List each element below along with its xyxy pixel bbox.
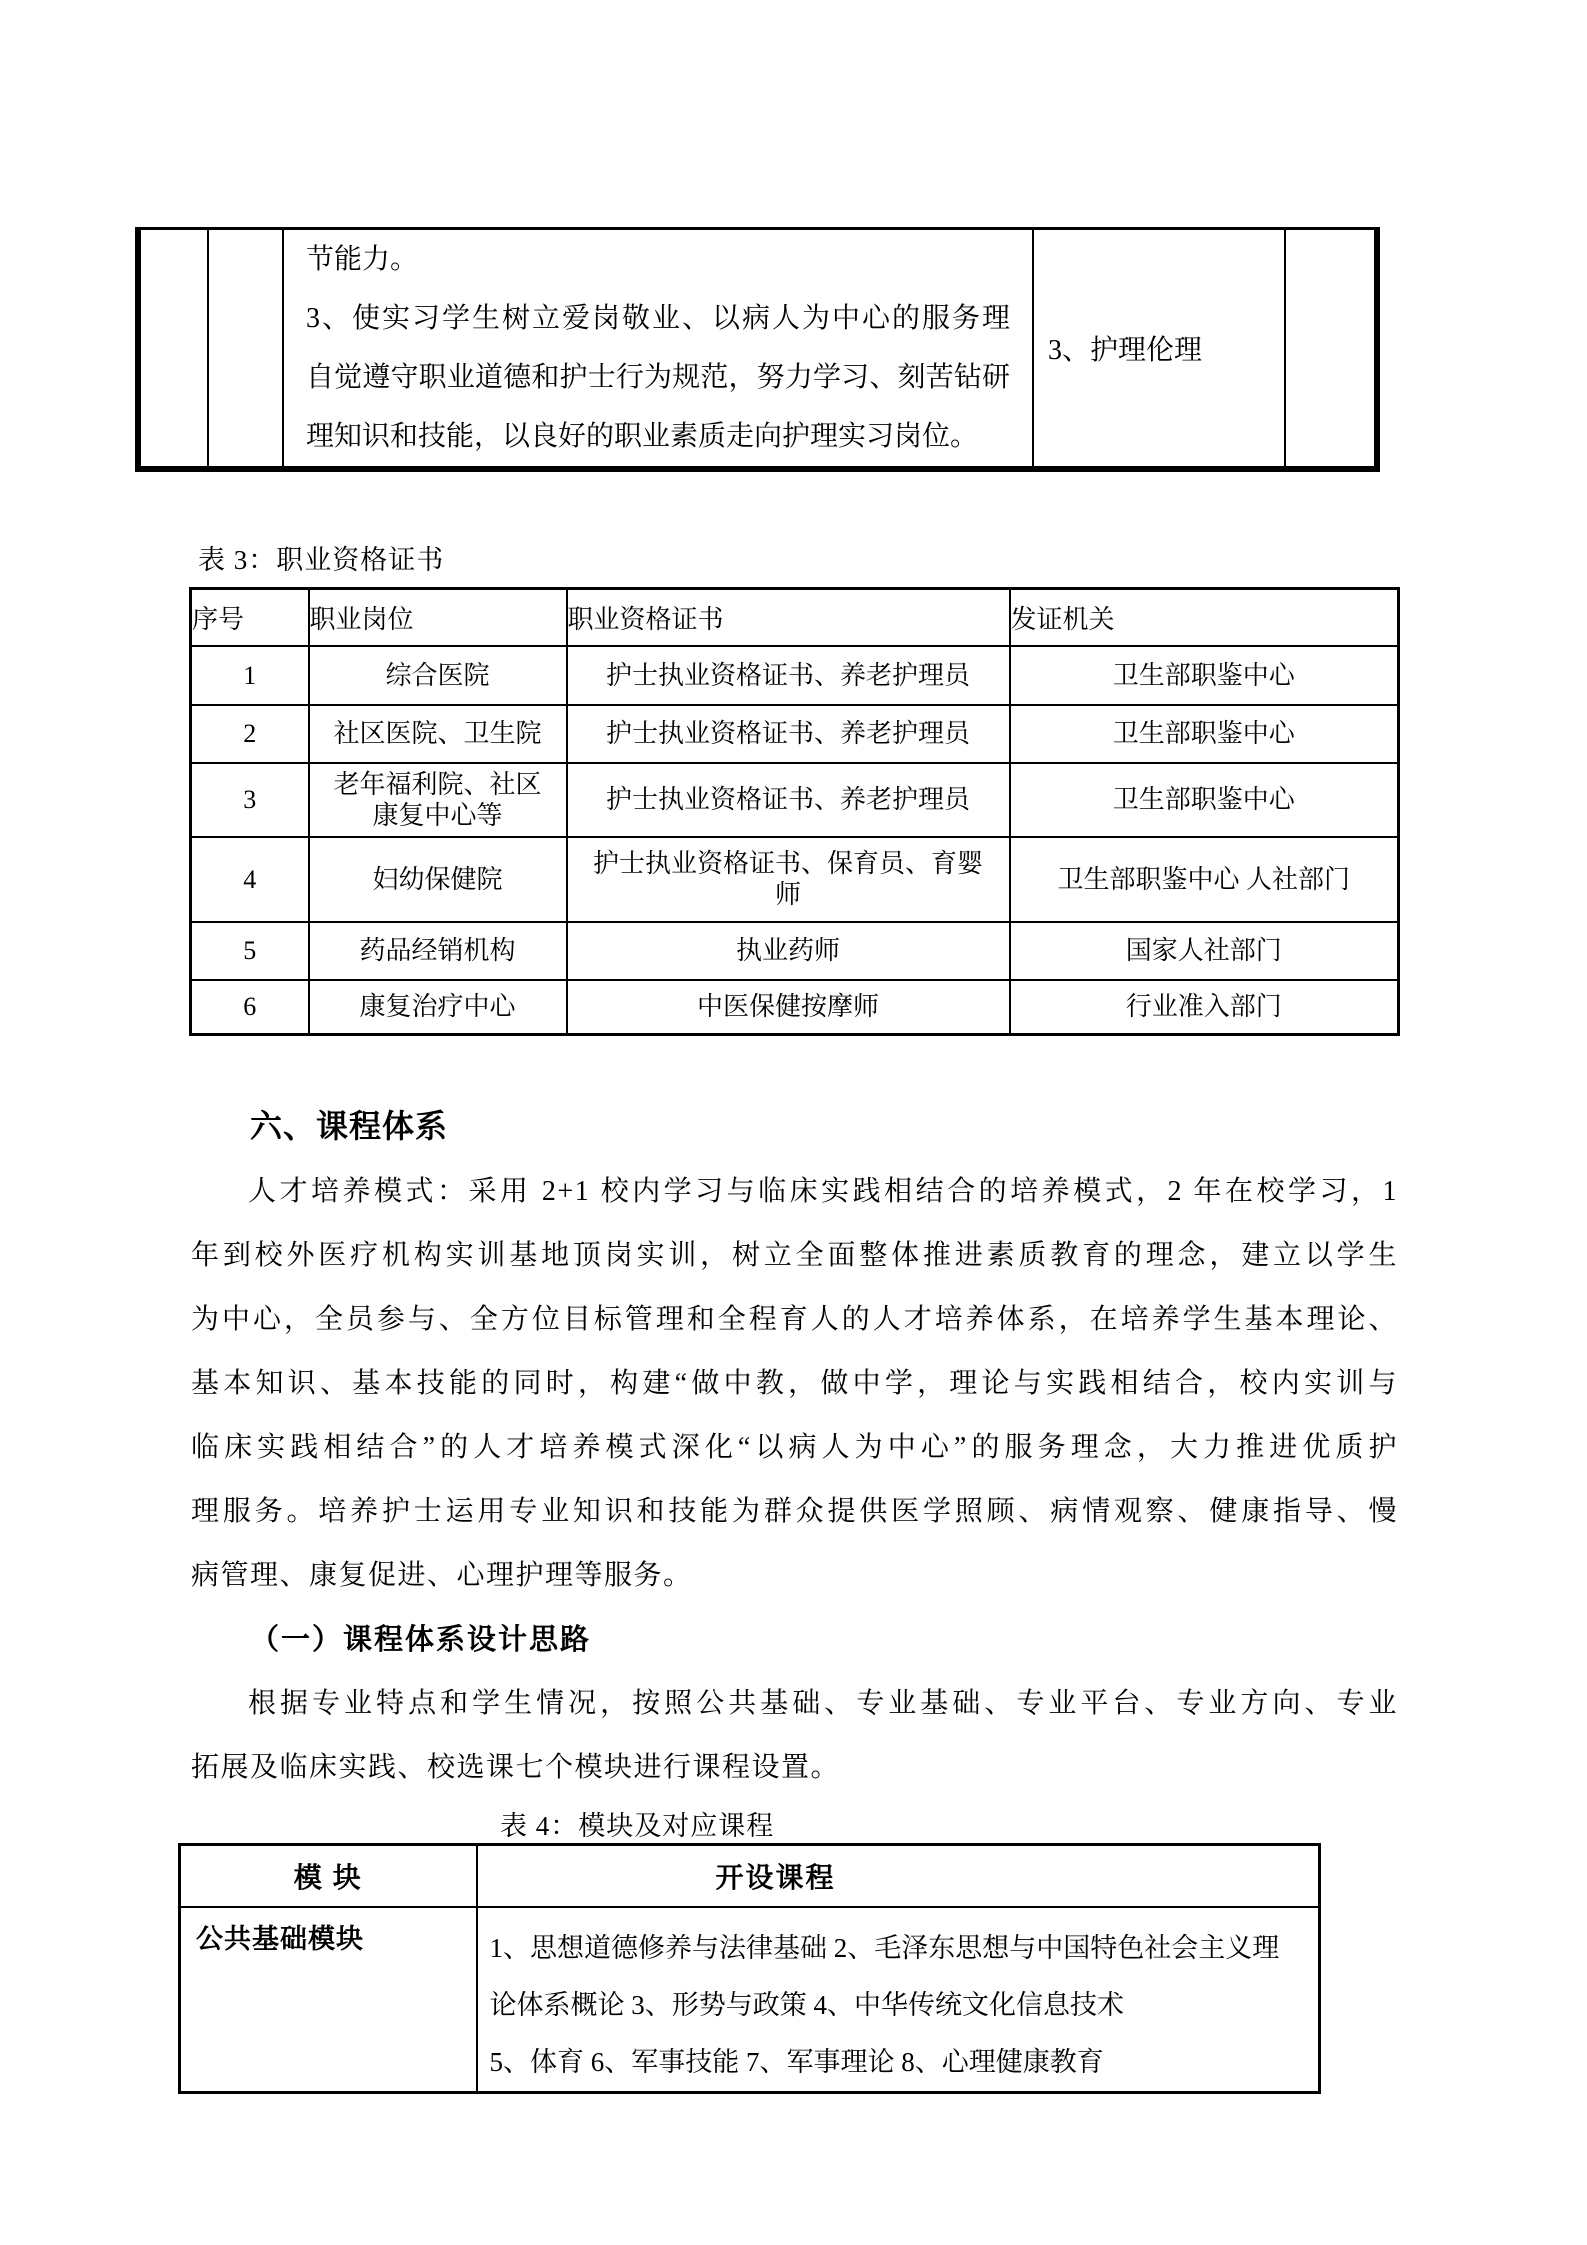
continuation-empty-col-2 bbox=[209, 230, 284, 466]
paragraph-line: 根据专业特点和学生情况，按照公共基础、专业基础、专业平台、专业方向、专业 bbox=[191, 1672, 1398, 1736]
continuation-text-line: 节能力。 bbox=[306, 230, 1010, 289]
table4-header-row: 模 块 开设课程 bbox=[180, 1845, 1320, 1907]
table3-header-post: 职业岗位 bbox=[309, 589, 567, 646]
continuation-empty-col-3 bbox=[1286, 230, 1374, 466]
cert-cell: 护士执业资格证书、养老护理员 bbox=[567, 763, 1010, 837]
continuation-body-cell: 节能力。 3、使实习学生树立爱岗敬业、以病人为中心的服务理念， 自觉遵守职业道德… bbox=[284, 230, 1034, 466]
document-page: 节能力。 3、使实习学生树立爱岗敬业、以病人为中心的服务理念， 自觉遵守职业道德… bbox=[0, 0, 1587, 2245]
continuation-text-line: 理知识和技能，以良好的职业素质走向护理实习岗位。 bbox=[306, 407, 1010, 466]
table3-header-issuer: 发证机关 bbox=[1010, 589, 1399, 646]
table3-row: 1 综合医院 护士执业资格证书、养老护理员 卫生部职鉴中心 bbox=[191, 646, 1399, 705]
issuer-cell: 卫生部职鉴中心 bbox=[1010, 763, 1399, 837]
table3: 序号 职业岗位 职业资格证书 发证机关 1 综合医院 护士执业资格证书、养老护理… bbox=[189, 587, 1400, 1036]
issuer-cell: 国家人社部门 bbox=[1010, 922, 1399, 980]
continuation-side-note-cell: 3、护理伦理 bbox=[1034, 230, 1286, 466]
course-line: 论体系概论 3、形势与政策 4、中华传统文化信息技术 bbox=[490, 1977, 1307, 2034]
continuation-text-line: 自觉遵守职业道德和护士行为规范，努力学习、刻苦钻研护 bbox=[306, 348, 1010, 407]
serial-cell: 2 bbox=[191, 705, 309, 763]
paragraph-line: 为中心，全员参与、全方位目标管理和全程育人的人才培养体系，在培养学生基本理论、 bbox=[191, 1288, 1398, 1352]
post-cell: 社区医院、卫生院 bbox=[309, 705, 567, 763]
course-line: 1、思想道德修养与法律基础 2、毛泽东思想与中国特色社会主义理 bbox=[490, 1920, 1307, 1977]
paragraph-line: 拓展及临床实践、校选课七个模块进行课程设置。 bbox=[191, 1736, 1398, 1800]
serial-cell: 4 bbox=[191, 837, 309, 922]
serial-cell: 3 bbox=[191, 763, 309, 837]
issuer-cell: 卫生部职鉴中心 bbox=[1010, 646, 1399, 705]
section-heading: 六、课程体系 bbox=[250, 1095, 448, 1158]
serial-cell: 1 bbox=[191, 646, 309, 705]
post-cell: 药品经销机构 bbox=[309, 922, 567, 980]
issuer-cell: 卫生部职鉴中心 bbox=[1010, 705, 1399, 763]
course-line: 5、体育 6、军事技能 7、军事理论 8、心理健康教育 bbox=[490, 2034, 1307, 2091]
table3-row: 2 社区医院、卫生院 护士执业资格证书、养老护理员 卫生部职鉴中心 bbox=[191, 705, 1399, 763]
serial-cell: 5 bbox=[191, 922, 309, 980]
continuation-empty-col-1 bbox=[141, 230, 209, 466]
cert-cell: 中医保健按摩师 bbox=[567, 980, 1010, 1035]
continuation-side-note: 3、护理伦理 bbox=[1048, 328, 1202, 368]
table4: 模 块 开设课程 公共基础模块 1、思想道德修养与法律基础 2、毛泽东思想与中国… bbox=[178, 1843, 1321, 2094]
paragraph-line: 年到校外医疗机构实训基地顶岗实训，树立全面整体推进素质教育的理念，建立以学生 bbox=[191, 1224, 1398, 1288]
table3-row: 3 老年福利院、社区 康复中心等 护士执业资格证书、养老护理员 卫生部职鉴中心 bbox=[191, 763, 1399, 837]
table3-caption: 表 3：职业资格证书 bbox=[198, 544, 444, 576]
table4-header-courses: 开设课程 bbox=[477, 1845, 1320, 1907]
paragraph-line: 理服务。培养护士运用专业知识和技能为群众提供医学照顾、病情观察、健康指导、慢 bbox=[191, 1480, 1398, 1544]
issuer-cell: 卫生部职鉴中心 人社部门 bbox=[1010, 837, 1399, 922]
courses-cell: 1、思想道德修养与法律基础 2、毛泽东思想与中国特色社会主义理 论体系概论 3、… bbox=[477, 1907, 1320, 2093]
table3-row: 5 药品经销机构 执业药师 国家人社部门 bbox=[191, 922, 1399, 980]
table4-header-module: 模 块 bbox=[180, 1845, 477, 1907]
paragraph-line: 病管理、康复促进、心理护理等服务。 bbox=[191, 1544, 1398, 1608]
cert-cell: 护士执业资格证书、养老护理员 bbox=[567, 646, 1010, 705]
paragraph-2: 根据专业特点和学生情况，按照公共基础、专业基础、专业平台、专业方向、专业 拓展及… bbox=[191, 1672, 1398, 1800]
serial-cell: 6 bbox=[191, 980, 309, 1035]
subsection-heading: （一）课程体系设计思路 bbox=[250, 1608, 591, 1672]
continuation-text-line: 3、使实习学生树立爱岗敬业、以病人为中心的服务理念， bbox=[306, 289, 1010, 348]
cert-cell: 执业药师 bbox=[567, 922, 1010, 980]
paragraph-line: 人才培养模式：采用 2+1 校内学习与临床实践相结合的培养模式，2 年在校学习，… bbox=[191, 1160, 1398, 1224]
paragraph-line: 临床实践相结合”的人才培养模式深化“以病人为中心”的服务理念，大力推进优质护 bbox=[191, 1416, 1398, 1480]
table4-row: 公共基础模块 1、思想道德修养与法律基础 2、毛泽东思想与中国特色社会主义理 论… bbox=[180, 1907, 1320, 2093]
cert-cell: 护士执业资格证书、保育员、育婴 师 bbox=[567, 837, 1010, 922]
module-cell: 公共基础模块 bbox=[180, 1907, 477, 2093]
table3-row: 4 妇幼保健院 护士执业资格证书、保育员、育婴 师 卫生部职鉴中心 人社部门 bbox=[191, 837, 1399, 922]
post-cell: 综合医院 bbox=[309, 646, 567, 705]
issuer-cell: 行业准入部门 bbox=[1010, 980, 1399, 1035]
table3-header-serial: 序号 bbox=[191, 589, 309, 646]
cert-cell: 护士执业资格证书、养老护理员 bbox=[567, 705, 1010, 763]
table3-row: 6 康复治疗中心 中医保健按摩师 行业准入部门 bbox=[191, 980, 1399, 1035]
continuation-table: 节能力。 3、使实习学生树立爱岗敬业、以病人为中心的服务理念， 自觉遵守职业道德… bbox=[135, 227, 1380, 472]
table3-header-row: 序号 职业岗位 职业资格证书 发证机关 bbox=[191, 589, 1399, 646]
post-cell: 康复治疗中心 bbox=[309, 980, 567, 1035]
post-cell: 妇幼保健院 bbox=[309, 837, 567, 922]
post-cell: 老年福利院、社区 康复中心等 bbox=[309, 763, 567, 837]
paragraph-1: 人才培养模式：采用 2+1 校内学习与临床实践相结合的培养模式，2 年在校学习，… bbox=[191, 1160, 1398, 1608]
paragraph-line: 基本知识、基本技能的同时，构建“做中教，做中学，理论与实践相结合，校内实训与 bbox=[191, 1352, 1398, 1416]
table3-header-cert: 职业资格证书 bbox=[567, 589, 1010, 646]
